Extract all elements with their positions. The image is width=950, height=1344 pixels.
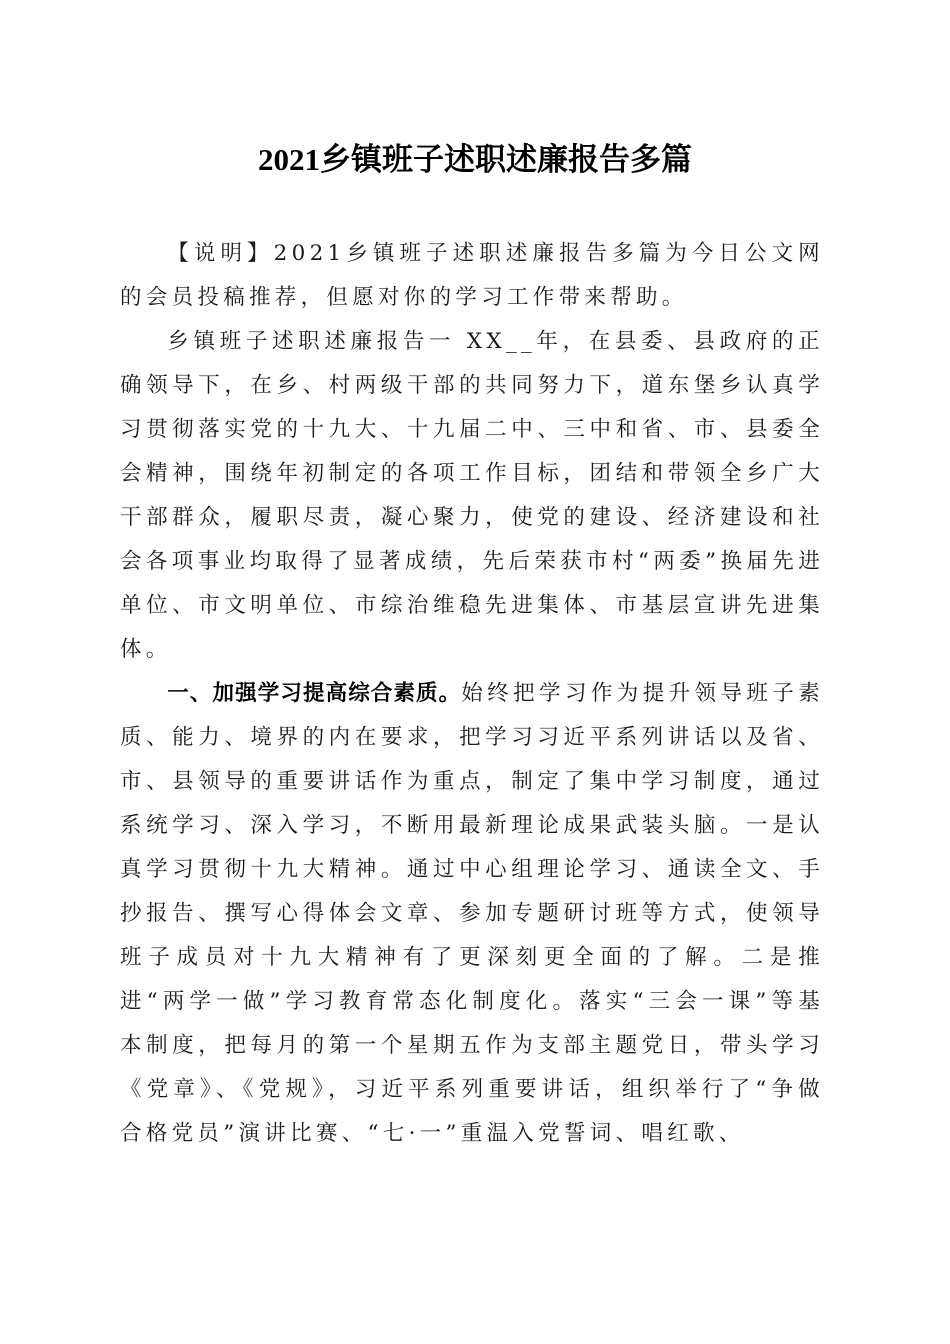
- section-one-text: 始终把学习作为提升领导班子素质、能力、境界的内在要求，把学习习近平系列讲话以及省…: [120, 681, 824, 1146]
- summary-paragraph: 乡镇班子述职述廉报告一 XX__年，在县委、县政府的正确领导下，在乡、村两级干部…: [120, 320, 824, 672]
- document-title: 2021乡镇班子述职述廉报告多篇: [0, 138, 950, 182]
- document-page: 2021乡镇班子述职述廉报告多篇 【说明】2021乡镇班子述职述廉报告多篇为今日…: [0, 0, 950, 1344]
- intro-paragraph: 【说明】2021乡镇班子述职述廉报告多篇为今日公文网的会员投稿推荐，但愿对你的学…: [120, 232, 824, 320]
- section-one-paragraph: 一、加强学习提高综合素质。始终把学习作为提升领导班子素质、能力、境界的内在要求，…: [120, 672, 824, 1156]
- document-body: 【说明】2021乡镇班子述职述廉报告多篇为今日公文网的会员投稿推荐，但愿对你的学…: [120, 232, 824, 1156]
- intro-text: 【说明】2021乡镇班子述职述廉报告多篇为今日公文网的会员投稿推荐，但愿对你的学…: [120, 241, 824, 310]
- section-one-heading: 一、加强学习提高综合素质。: [167, 681, 461, 706]
- summary-text: 乡镇班子述职述廉报告一 XX__年，在县委、县政府的正确领导下，在乡、村两级干部…: [120, 329, 824, 662]
